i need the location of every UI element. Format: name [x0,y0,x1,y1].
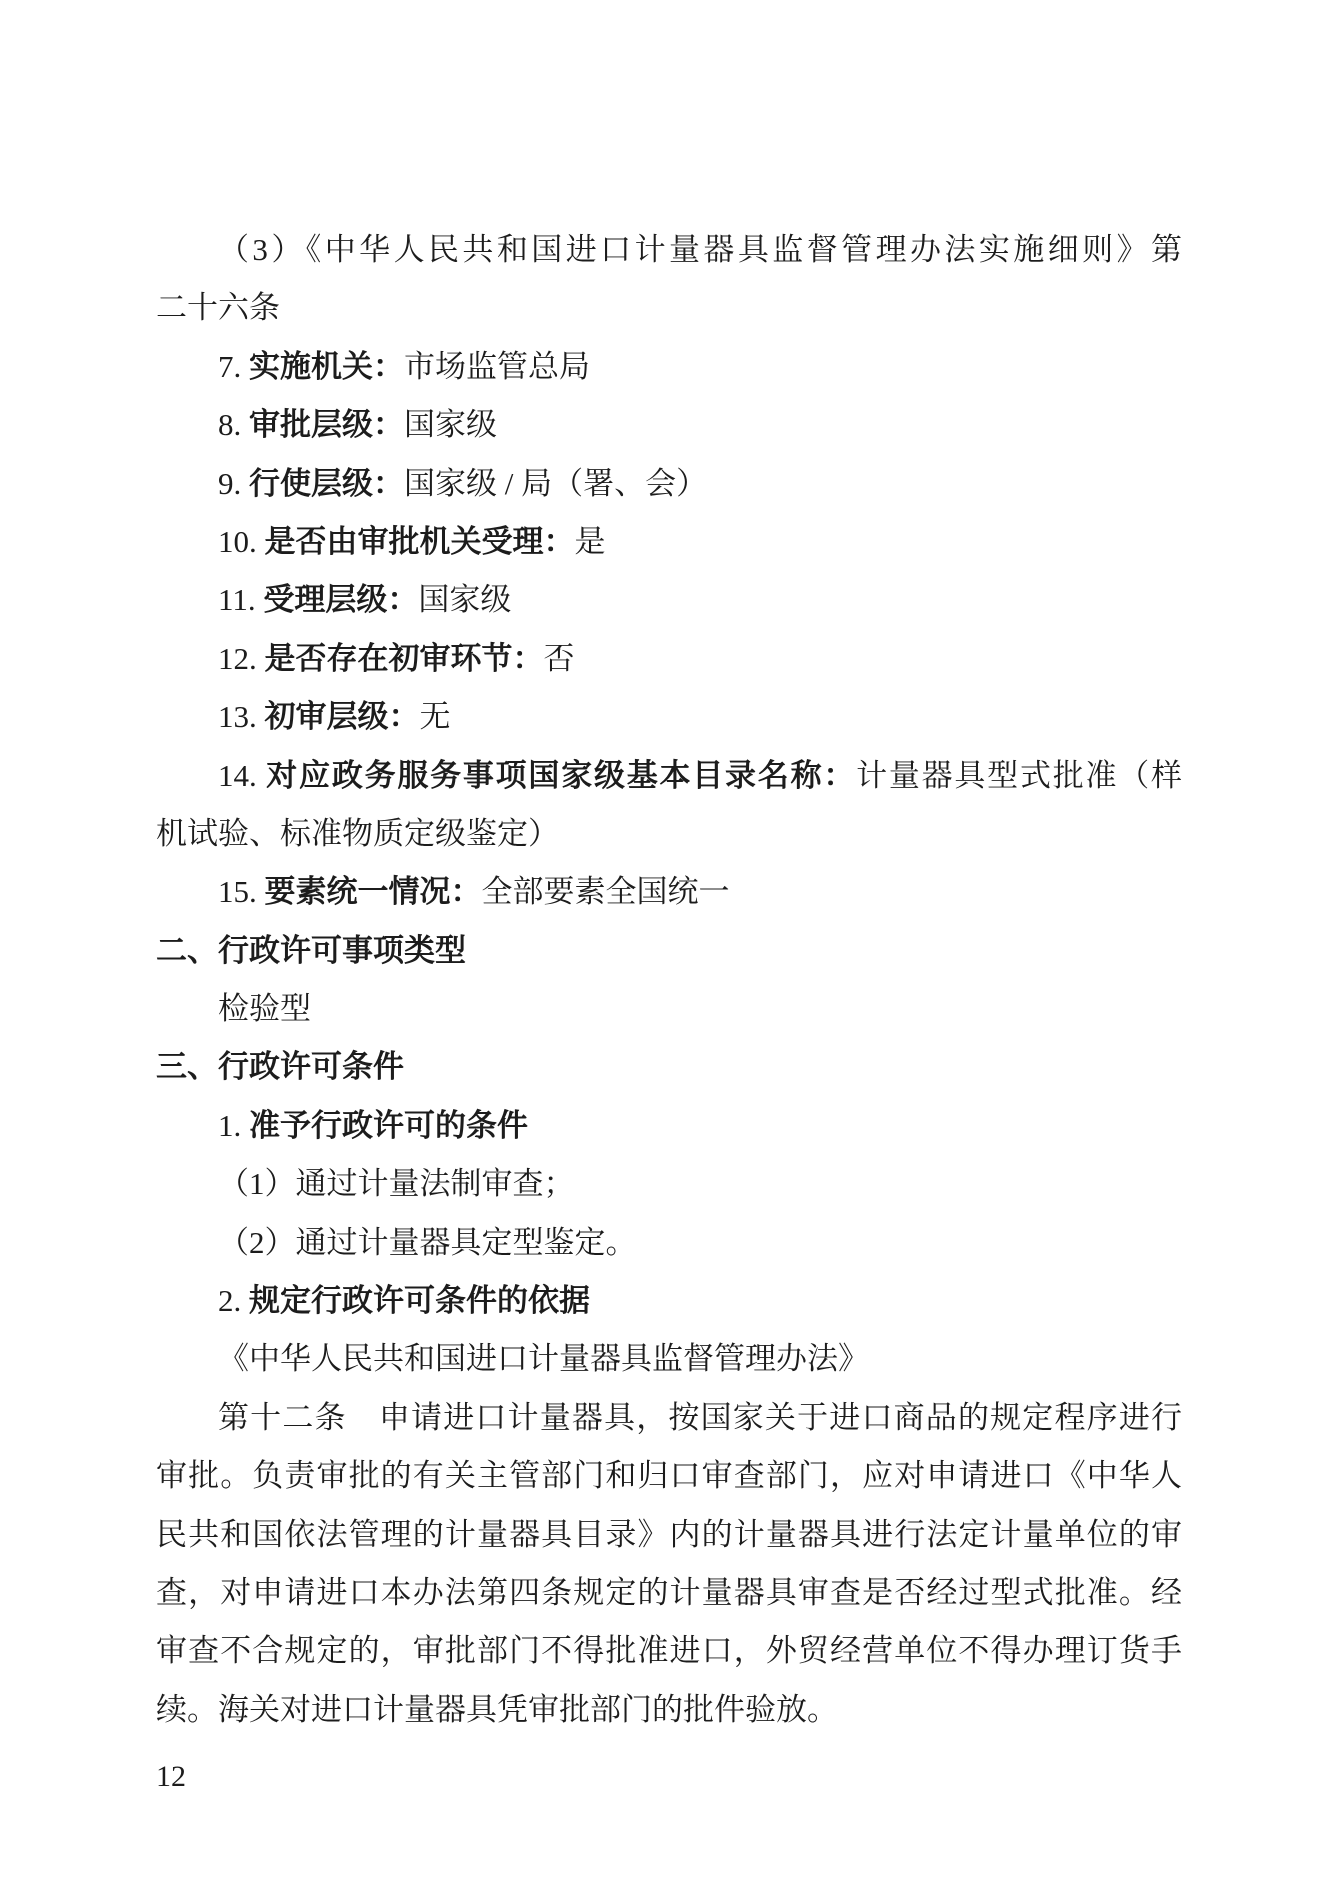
text-segment: 续。海关对进口计量器具凭审批部门的批件验放。 [156,1692,838,1727]
paragraph-line: 第十二条 申请进口计量器具，按国家关于进口商品的规定程序进行 [156,1389,1182,1447]
bold-text-segment: 受理层级： [263,582,418,617]
text-segment: 民共和国依法管理的计量器具目录》内的计量器具进行法定计量单位的审 [156,1517,1182,1552]
text-segment: 2. [218,1283,249,1318]
text-segment: 13. [218,699,265,734]
field-line: 13. 初审层级：无 [156,688,1182,746]
text-segment: 无 [420,699,451,734]
bold-text-segment: 二、行政许可事项类型 [156,933,466,968]
document-body: （3）《中华人民共和国进口计量器具监督管理办法实施细则》第二十六条7. 实施机关… [156,221,1182,1739]
bold-text-segment: 审批层级： [249,407,404,442]
field-line: 15. 要素统一情况：全部要素全国统一 [156,863,1182,921]
bold-text-segment: 规定行政许可条件的依据 [249,1283,590,1318]
bold-text-segment: 准予行政许可的条件 [249,1108,528,1143]
bold-text-segment: 实施机关： [249,349,404,384]
bold-text-segment: 初审层级： [265,699,420,734]
section-heading: 二、行政许可事项类型 [156,922,1182,980]
text-segment: 审查不合规定的，审批部门不得批准进口，外贸经营单位不得办理订货手 [156,1633,1182,1668]
paragraph-line: （2）通过计量器具定型鉴定。 [156,1214,1182,1272]
text-segment: （3）《中华人民共和国进口计量器具监督管理办法实施细则》第 [218,232,1182,267]
bold-text-segment: 要素统一情况： [265,874,482,909]
bold-text-segment: 三、行政许可条件 [156,1049,404,1084]
bold-text-segment: 对应政务服务事项国家级基本目录名称： [266,758,856,793]
paragraph-line: 《中华人民共和国进口计量器具监督管理办法》 [156,1330,1182,1388]
sub-heading: 2. 规定行政许可条件的依据 [156,1272,1182,1330]
text-segment: 二十六条 [156,290,280,325]
text-segment: 第十二条 申请进口计量器具，按国家关于进口商品的规定程序进行 [218,1400,1182,1435]
paragraph-line: 机试验、标准物质定级鉴定） [156,805,1182,863]
bold-text-segment: 是否由审批机关受理： [265,524,575,559]
text-segment: 11. [218,582,263,617]
field-line: 12. 是否存在初审环节：否 [156,630,1182,688]
paragraph-line: 二十六条 [156,279,1182,337]
text-segment: 《中华人民共和国进口计量器具监督管理办法》 [218,1341,869,1376]
text-segment: （1）通过计量法制审查； [218,1166,575,1201]
text-segment: 9. [218,466,249,501]
text-segment: 10. [218,524,265,559]
paragraph-line: 民共和国依法管理的计量器具目录》内的计量器具进行法定计量单位的审 [156,1506,1182,1564]
text-segment: 14. [218,758,266,793]
text-segment: 查，对申请进口本办法第四条规定的计量器具审查是否经过型式批准。经 [156,1575,1182,1610]
text-segment: 国家级 [418,582,511,617]
paragraph-line: （3）《中华人民共和国进口计量器具监督管理办法实施细则》第 [156,221,1182,279]
page-number: 12 [156,1748,186,1806]
text-segment: 8. [218,407,249,442]
field-line: 11. 受理层级：国家级 [156,571,1182,629]
text-segment: 机试验、标准物质定级鉴定） [156,816,559,851]
text-segment: 检验型 [218,991,311,1026]
text-segment: 国家级 [404,407,497,442]
text-segment: 计量器具型式批准（样 [856,758,1182,793]
field-line: 8. 审批层级：国家级 [156,396,1182,454]
text-segment: 市场监管总局 [404,349,590,384]
field-line: 7. 实施机关：市场监管总局 [156,338,1182,396]
paragraph-line: （1）通过计量法制审查； [156,1155,1182,1213]
field-line: 9. 行使层级：国家级 / 局（署、会） [156,455,1182,513]
text-segment: 12. [218,641,265,676]
text-segment: （2）通过计量器具定型鉴定。 [218,1225,637,1260]
text-segment: 国家级 / 局（署、会） [404,466,707,501]
text-segment: 1. [218,1108,249,1143]
bold-text-segment: 行使层级： [249,466,404,501]
text-segment: 否 [544,641,575,676]
text-segment: 7. [218,349,249,384]
field-line: 10. 是否由审批机关受理：是 [156,513,1182,571]
text-segment: 审批。负责审批的有关主管部门和归口审查部门，应对申请进口《中华人 [156,1458,1182,1493]
paragraph-line: 审批。负责审批的有关主管部门和归口审查部门，应对申请进口《中华人 [156,1447,1182,1505]
text-segment: 15. [218,874,265,909]
sub-heading: 1. 准予行政许可的条件 [156,1097,1182,1155]
paragraph-line: 续。海关对进口计量器具凭审批部门的批件验放。 [156,1681,1182,1739]
bold-text-segment: 是否存在初审环节： [265,641,544,676]
text-segment: 全部要素全国统一 [482,874,730,909]
paragraph-line: 检验型 [156,980,1182,1038]
section-heading: 三、行政许可条件 [156,1038,1182,1096]
paragraph-line: 审查不合规定的，审批部门不得批准进口，外贸经营单位不得办理订货手 [156,1622,1182,1680]
paragraph-line: 查，对申请进口本办法第四条规定的计量器具审查是否经过型式批准。经 [156,1564,1182,1622]
field-line: 14. 对应政务服务事项国家级基本目录名称：计量器具型式批准（样 [156,747,1182,805]
text-segment: 是 [575,524,606,559]
